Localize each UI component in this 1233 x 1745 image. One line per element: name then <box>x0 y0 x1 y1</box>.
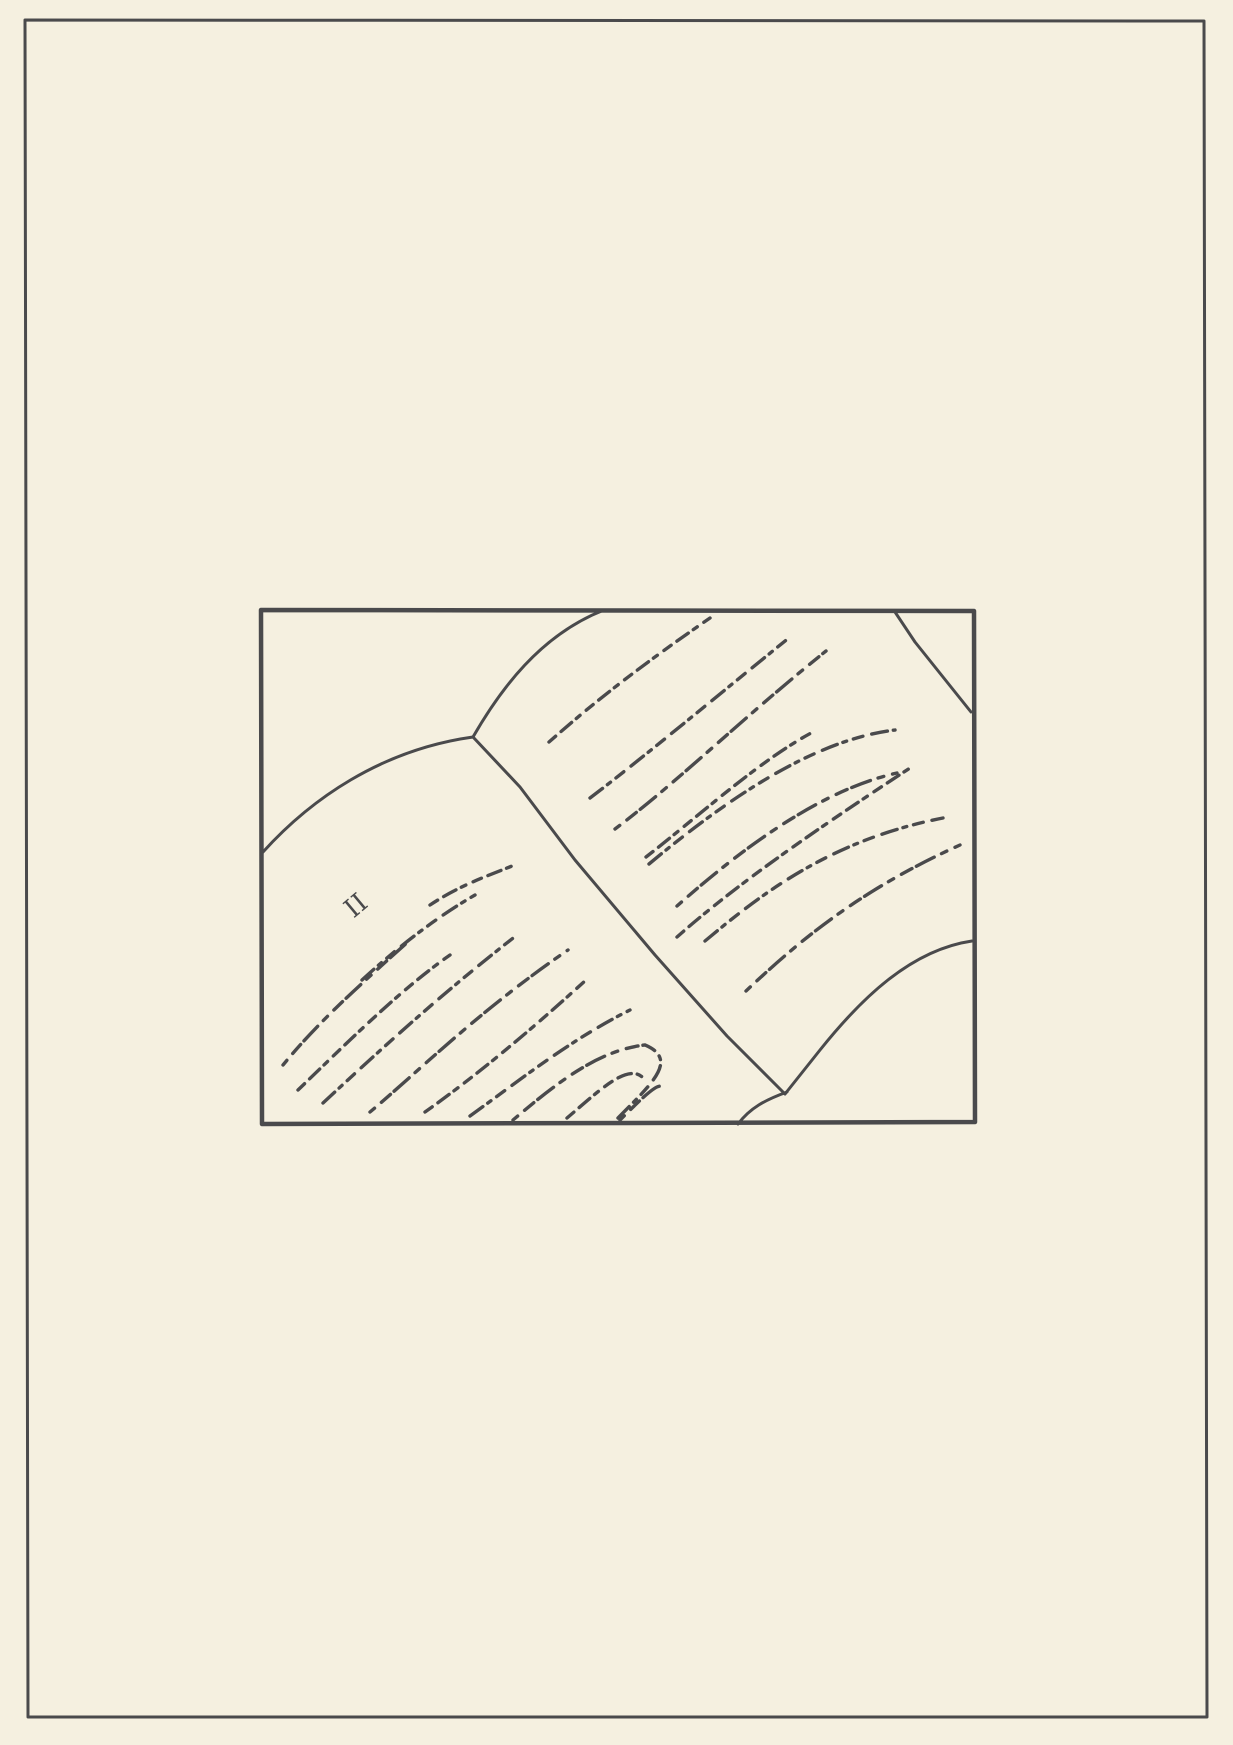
right-page-text-lines <box>549 618 960 991</box>
lower-page-edge <box>738 1092 787 1124</box>
picture-box <box>261 610 975 1124</box>
paper-sheet: II <box>0 0 1233 1745</box>
book-illustration <box>0 0 1233 1745</box>
left-page-top-edge <box>263 737 473 852</box>
lower-right-page-edge <box>785 941 972 1094</box>
left-page-text-lines <box>283 866 662 1120</box>
right-page-corner <box>895 612 971 712</box>
outer-frame <box>25 20 1207 1717</box>
right-page-top-edge <box>473 610 604 737</box>
